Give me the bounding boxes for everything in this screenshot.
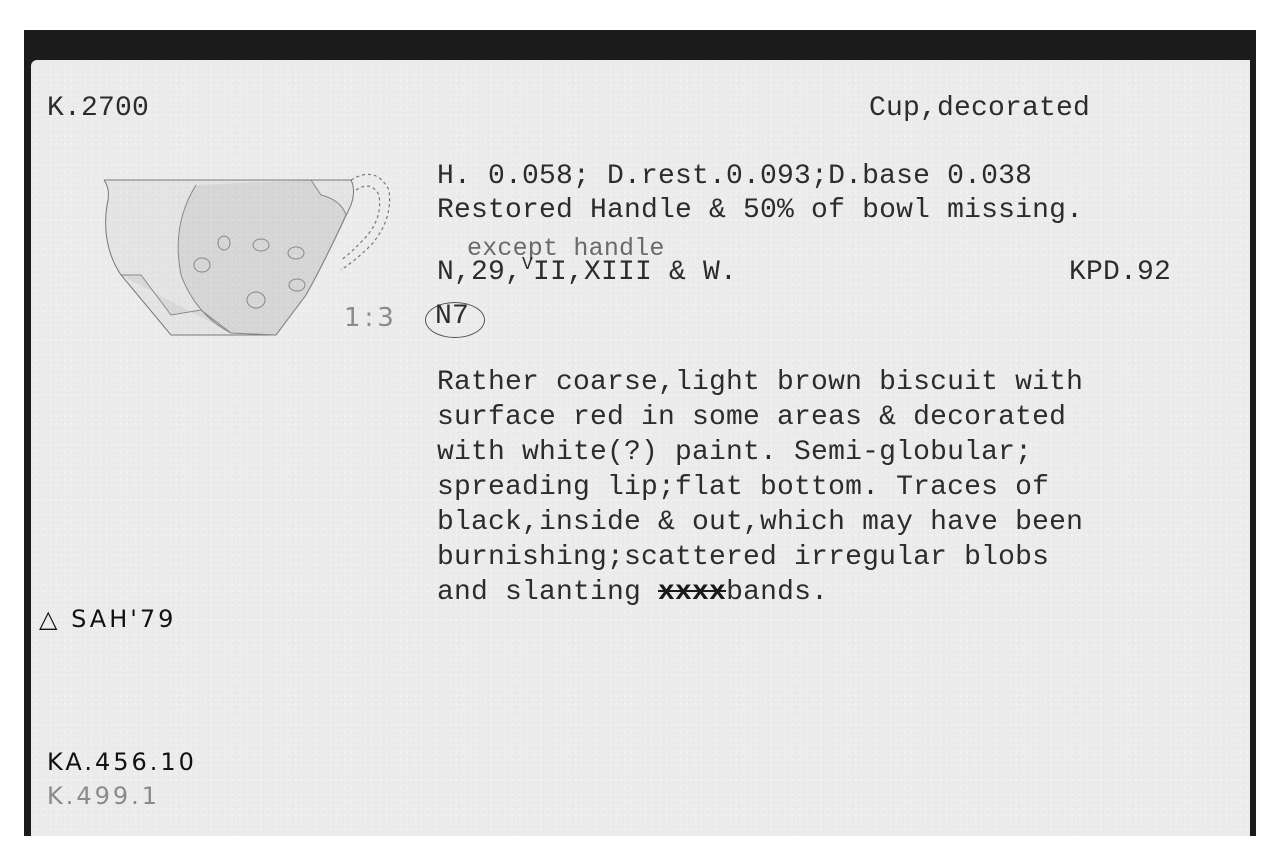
dimensions: H. 0.058; D.rest.0.093;D.base 0.038 [437, 160, 1032, 194]
catalog-card: K.2700 Cup,decorated 1:3 H. 0.058; D.res… [31, 60, 1250, 836]
object-type: Cup,decorated [869, 92, 1090, 126]
description-line-last: and slanting xxxxbands. [437, 576, 828, 610]
photo-reference: KPD.92 [1069, 256, 1171, 290]
description-line: with white(?) paint. Semi-globular; [437, 436, 1032, 470]
findspot-superscript: V [522, 255, 533, 275]
description-line: Rather coarse,light brown biscuit with [437, 366, 1083, 400]
circled-mark: N7 [435, 300, 469, 334]
sah-annotation: △ SAH'79 [39, 605, 176, 633]
findspot-prefix: N,29, [437, 257, 522, 288]
struck-out-text: xxxx [658, 577, 726, 608]
findspot-suffix: II,XIII & W. [533, 257, 737, 288]
description-line: black,inside & out,which may have been [437, 506, 1083, 540]
description-line: surface red in some areas & decorated [437, 401, 1066, 435]
description-text: and slanting [437, 577, 658, 608]
description-line: spreading lip;flat bottom. Traces of [437, 471, 1049, 505]
drawing-scale: 1:3 [344, 303, 398, 333]
inventory-number-pencil: K.499.1 [47, 782, 160, 810]
description-line: burnishing;scattered irregular blobs [437, 541, 1049, 575]
findspot: N,29,VII,XIII & W. [437, 256, 737, 290]
inventory-number-ink: KA.456.10 [47, 748, 197, 776]
triangle-icon: △ [39, 605, 60, 633]
description-text: bands. [726, 577, 828, 608]
condition: Restored Handle & 50% of bowl missing. [437, 194, 1083, 228]
catalog-number: K.2700 [47, 92, 149, 126]
sah-annotation-text: SAH'79 [71, 605, 176, 633]
